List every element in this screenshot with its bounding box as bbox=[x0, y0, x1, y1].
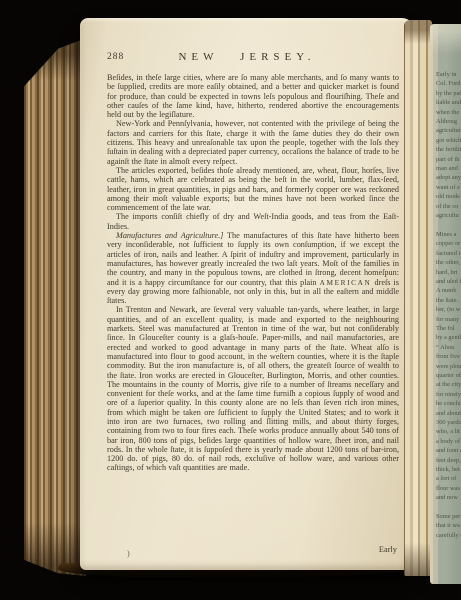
adjacent-page-text-line: Some per bbox=[436, 512, 461, 521]
adjacent-page-text-line: were plou bbox=[436, 362, 461, 371]
adjacent-page-text-line: carefully o bbox=[436, 531, 461, 540]
adjacent-page-text-line: and ſoon a bbox=[436, 446, 461, 455]
adjacent-page-text-line bbox=[436, 221, 461, 230]
adjacent-page-text-line: 300 yards bbox=[436, 418, 461, 427]
adjacent-page-text-line: thick, bet bbox=[436, 465, 461, 474]
adjacent-page-text-line: agricultur bbox=[436, 126, 461, 135]
adjacent-page-text-line: A numb bbox=[436, 286, 461, 295]
adjacent-page: Early inCol. Ford,by the patriliable and… bbox=[430, 24, 461, 584]
paragraph-imports: The imports conſiſt chiefly of dry and W… bbox=[107, 212, 399, 231]
stray-ink-mark: ) bbox=[127, 549, 130, 558]
paragraph-besides: Beſides, in theſe large cities, where ar… bbox=[107, 73, 399, 119]
page-body: Beſides, in theſe large cities, where ar… bbox=[107, 73, 399, 473]
adjacent-page-text-line: for ninety bbox=[436, 390, 461, 399]
adjacent-page-text-line: want of e bbox=[436, 183, 461, 192]
adjacent-page-text-line: from five t bbox=[436, 352, 461, 361]
running-title: NEW JERSEY. bbox=[80, 51, 414, 63]
adjacent-page-text-line: got which bbox=[436, 136, 461, 145]
page-number: 288 bbox=[107, 52, 124, 62]
catchword: Early bbox=[379, 545, 397, 554]
adjacent-page-text-line: Mines a bbox=[436, 230, 461, 239]
adjacent-page-text-line: the other, bbox=[436, 258, 461, 267]
adjacent-page-text-line: copper or bbox=[436, 239, 461, 248]
adjacent-page-text-line: and about bbox=[436, 409, 461, 418]
page-curl-gutter-edge bbox=[404, 20, 432, 576]
paragraph-manufactures: Manufactures and Agriculture.] The manuf… bbox=[107, 231, 399, 305]
adjacent-page-text-line: by a gentl bbox=[436, 333, 461, 342]
adjacent-page-text-line: Althoug bbox=[436, 117, 461, 126]
american-smallcaps: AMERICAN bbox=[320, 278, 372, 287]
adjacent-page-text-line: by the patri bbox=[436, 89, 461, 98]
paragraph-trenton-iron: In Trenton and Newark, are ſeveral very … bbox=[107, 305, 399, 472]
adjacent-page-text-line: factured i bbox=[436, 249, 461, 258]
adjacent-page-text-line: feet deep, bbox=[436, 456, 461, 465]
paragraph-newyork-pennsylvania: New-York and Pennſylvania, however, not … bbox=[107, 119, 399, 165]
adjacent-page-text-line: flour was f bbox=[436, 484, 461, 493]
adjacent-page-text-line: of the co bbox=[436, 202, 461, 211]
adjacent-page-text-line: he conclu bbox=[436, 399, 461, 408]
adjacent-page-text-line: and uſed fo bbox=[436, 277, 461, 286]
adjacent-page-text-line: the ſtate. bbox=[436, 296, 461, 305]
adjacent-page-text-line: Col. Ford, bbox=[436, 79, 461, 88]
book-fore-edge bbox=[24, 38, 86, 576]
adjacent-page-text-line: liable and bbox=[436, 98, 461, 107]
adjacent-page-text-line: hard, bri bbox=[436, 268, 461, 277]
adjacent-page-text-line: Early in bbox=[436, 70, 461, 79]
adjacent-page-text-line: a ſort of bbox=[436, 474, 461, 483]
adjacent-page-text-line: when the e bbox=[436, 108, 461, 117]
adjacent-page-text-line: adopt any bbox=[436, 173, 461, 182]
adjacent-page-text-line: agricultu bbox=[436, 211, 461, 220]
adjacent-page-text-line bbox=[436, 503, 461, 512]
adjacent-page-text-line: man and bbox=[436, 164, 461, 173]
book-page: 288 NEW JERSEY. Beſides, in theſe large … bbox=[80, 18, 414, 570]
adjacent-page-text-line: the fertility bbox=[436, 145, 461, 154]
adjacent-page-text: Early inCol. Ford,by the patriliable and… bbox=[436, 70, 461, 540]
adjacent-page-text-line: a body of bbox=[436, 437, 461, 446]
adjacent-page-text-line: for many bbox=[436, 315, 461, 324]
adjacent-page-text-line: old mode bbox=[436, 192, 461, 201]
adjacent-page-text-line: quarter of bbox=[436, 371, 461, 380]
adjacent-page-text-line: The fol bbox=[436, 324, 461, 333]
paragraph-exports: The articles exported, beſides thoſe alr… bbox=[107, 166, 399, 212]
adjacent-page-text-line: part of th bbox=[436, 155, 461, 164]
adjacent-page-text-line: and now bbox=[436, 493, 461, 502]
book-photo-scene: 288 NEW JERSEY. Beſides, in theſe large … bbox=[0, 0, 461, 600]
page-header: 288 NEW JERSEY. bbox=[80, 51, 414, 65]
adjacent-page-text-line: at the city bbox=[436, 380, 461, 389]
adjacent-page-text-line: who, a lit bbox=[436, 427, 461, 436]
adjacent-page-text-line: ber, (to w bbox=[436, 305, 461, 314]
adjacent-page-text-line: that it wa bbox=[436, 521, 461, 530]
section-heading-italic: Manufactures and Agriculture.] bbox=[116, 231, 223, 240]
adjacent-page-text-line: “ Abou bbox=[436, 343, 461, 352]
